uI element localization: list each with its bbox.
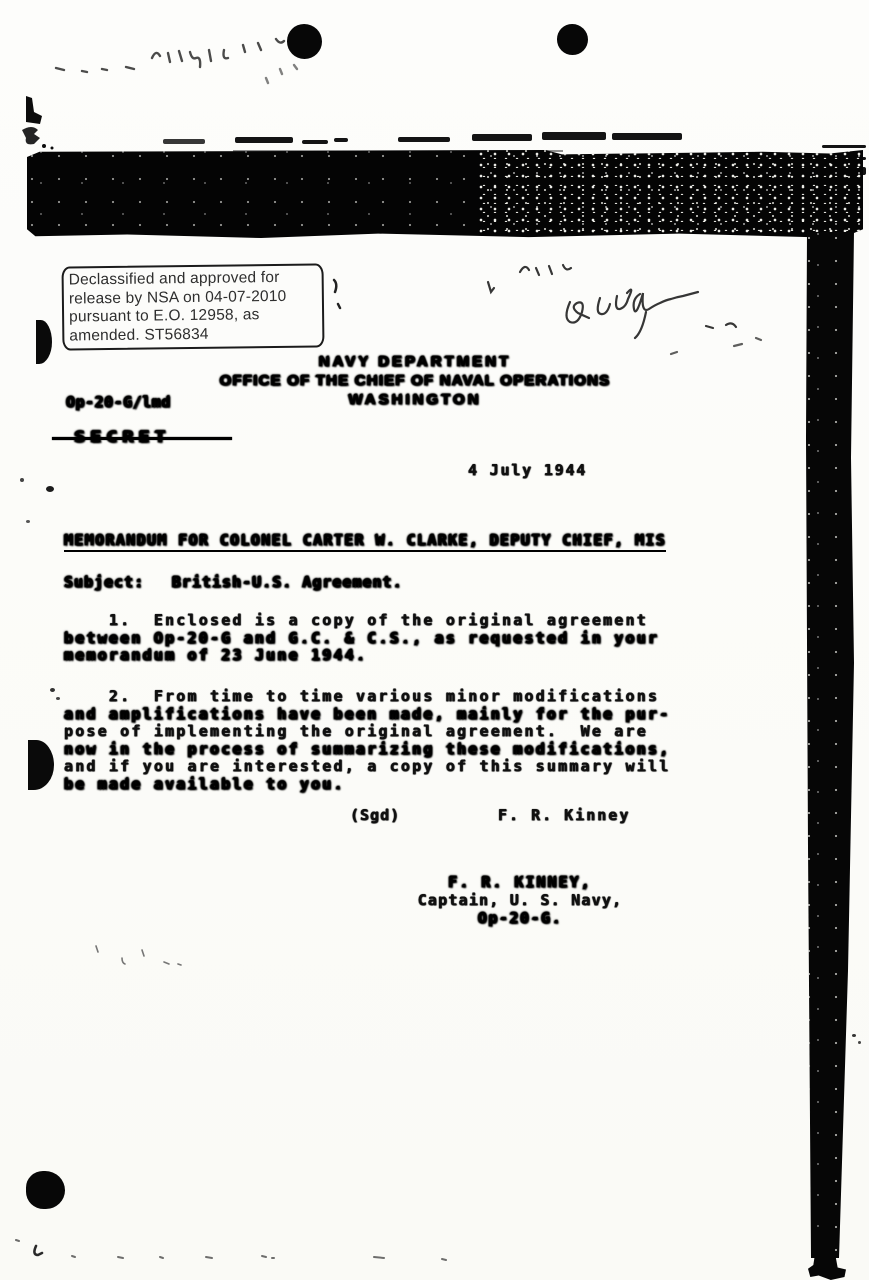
speck	[46, 486, 54, 492]
subject-label: Subject:	[64, 573, 144, 591]
scanned-memo-page: Declassified and approved for release by…	[0, 0, 869, 1280]
smudge-mark	[612, 133, 682, 140]
ink-blot-left-edge	[14, 88, 74, 156]
speck	[858, 1041, 861, 1044]
speck	[852, 1034, 856, 1037]
stamp-line-1: Declassified and approved for	[69, 268, 317, 290]
bar-texture	[804, 232, 854, 1258]
para-2-line: and amplifications have been made, mainl…	[64, 706, 670, 724]
para-2-line: pose of implementing the original agreem…	[64, 723, 670, 741]
band-texture	[27, 150, 478, 238]
declassification-stamp: Declassified and approved for release by…	[61, 263, 324, 350]
stamp-line-2: release by NSA on 04-07-2010	[69, 287, 317, 309]
smudge-mark	[472, 134, 532, 141]
signed-label: (Sgd)	[350, 806, 400, 824]
letterhead-department: NAVY DEPARTMENT	[200, 352, 630, 371]
letterhead-office: OFFICE OF THE CHIEF OF NAVAL OPERATIONS	[200, 371, 630, 390]
handwriting-smudge-top-left	[40, 38, 320, 100]
para-1-line: 1. Enclosed is a copy of the original ag…	[64, 612, 659, 630]
signature-title: Captain, U. S. Navy,	[408, 891, 632, 909]
memo-heading: MEMORANDUM FOR COLONEL CARTER W. CLARKE,…	[64, 531, 666, 552]
signature-block: F. R. KINNEY, Captain, U. S. Navy, Op-20…	[408, 873, 632, 927]
para-2-line: be made available to you.	[64, 776, 670, 794]
redaction-band	[27, 150, 863, 238]
para-1-line: between Op-20-G and G.C. & C.S., as requ…	[64, 630, 659, 648]
smudge-mark	[235, 137, 293, 143]
speck	[20, 478, 24, 482]
signature-name: F. R. KINNEY,	[408, 873, 632, 891]
speck	[50, 688, 55, 692]
smudge-mark	[822, 145, 866, 148]
hole-punch-bottom-left	[26, 1171, 65, 1209]
pencil-marks-below-signature	[82, 932, 232, 980]
subject-value: British-U.S. Agreement.	[172, 573, 403, 591]
redaction-bar-right	[804, 232, 854, 1258]
pencil-marks-near-stamp	[328, 274, 360, 322]
handwritten-note	[478, 250, 778, 355]
hole-punch-top-right	[557, 24, 588, 55]
signed-name: F. R. Kinney	[498, 806, 630, 824]
letterhead: NAVY DEPARTMENT OFFICE OF THE CHIEF OF N…	[200, 352, 630, 409]
smudge-mark	[302, 140, 328, 144]
smudge-mark	[334, 138, 348, 142]
band-texture	[478, 150, 863, 238]
para-1-line: memorandum of 23 June 1944.	[64, 647, 659, 665]
stamp-line-4: amended. ST56834	[69, 324, 317, 346]
ink-blot-margin	[36, 320, 52, 364]
smudge-mark	[542, 132, 606, 140]
speck	[26, 520, 30, 523]
signature-org: Op-20-G.	[408, 909, 632, 927]
ink-blot-margin	[28, 740, 54, 790]
smudge-mark	[398, 137, 450, 142]
redaction-bar-foot	[808, 1255, 846, 1280]
para-2-line: now in the process of summarizing these …	[64, 741, 670, 759]
strikethrough-line	[52, 437, 232, 440]
smudge-mark	[163, 139, 205, 144]
paragraph-2: 2. From time to time various minor modif…	[64, 688, 670, 794]
speck	[56, 697, 60, 700]
subject-row: Subject: British-U.S. Agreement.	[64, 572, 403, 591]
letterhead-city: WASHINGTON	[200, 390, 630, 409]
memo-date: 4 July 1944	[468, 461, 587, 479]
paragraph-1: 1. Enclosed is a copy of the original ag…	[64, 612, 659, 665]
para-2-line: and if you are interested, a copy of thi…	[64, 758, 670, 776]
bottom-edge-marks	[10, 1232, 570, 1266]
reference-number: Op-20-G/lmd	[66, 393, 171, 411]
para-2-line: 2. From time to time various minor modif…	[64, 688, 670, 706]
